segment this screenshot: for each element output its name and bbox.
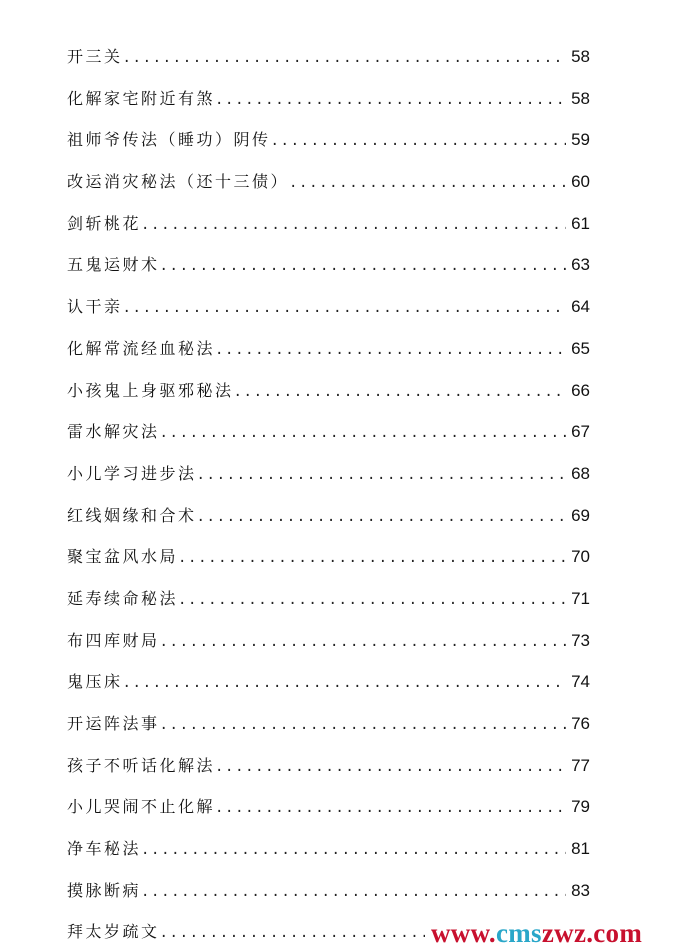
toc-dot-leader: ........................................… [215, 330, 566, 372]
toc-entry-title: 鬼压床 [67, 661, 123, 703]
toc-dot-leader: ........................................… [178, 538, 566, 580]
toc-entry-page-number: 83 [566, 870, 590, 912]
toc-entry-page-number: 59 [566, 119, 590, 161]
toc-entry-page-number: 70 [566, 536, 590, 578]
toc-entry[interactable]: 改运消灾秘法（还十三债）............................… [67, 161, 590, 203]
toc-entry[interactable]: 聚宝盆风水局..................................… [67, 536, 590, 578]
toc-entry-title: 红线姻缘和合术 [67, 495, 197, 537]
toc-entry[interactable]: 小孩鬼上身驱邪秘法...............................… [67, 370, 590, 412]
toc-dot-leader: ........................................… [289, 163, 566, 205]
toc-entry-page-number: 71 [566, 578, 590, 620]
toc-dot-leader: ........................................… [197, 455, 566, 497]
toc-entry[interactable]: 鬼压床.....................................… [67, 661, 590, 703]
site-watermark: www.cmszwz.com [425, 918, 646, 948]
toc-dot-leader: ........................................… [178, 580, 566, 622]
toc-entry[interactable]: 小儿哭闹不止化解................................… [67, 786, 590, 828]
toc-entry-title: 延寿续命秘法 [67, 578, 178, 620]
toc-dot-leader: ........................................… [141, 872, 566, 914]
toc-entry-page-number: 76 [566, 703, 590, 745]
toc-entry-title: 改运消灾秘法（还十三债） [67, 161, 289, 203]
toc-dot-leader: ........................................… [123, 38, 566, 80]
toc-entry[interactable]: 雷水解灾法...................................… [67, 411, 590, 453]
toc-dot-leader: ........................................… [160, 705, 566, 747]
toc-entry-page-number: 81 [566, 828, 590, 870]
toc-dot-leader: ........................................… [160, 246, 566, 288]
toc-entry-title: 雷水解灾法 [67, 411, 160, 453]
toc-entry[interactable]: 剑斩桃花....................................… [67, 203, 590, 245]
toc-entry-title: 化解常流经血秘法 [67, 328, 215, 370]
toc-entry[interactable]: 红线姻缘和合术.................................… [67, 495, 590, 537]
toc-entry-page-number: 79 [566, 786, 590, 828]
toc-entry-page-number: 61 [566, 203, 590, 245]
toc-entry[interactable]: 祖师爷传法（睡功）阴传.............................… [67, 119, 590, 161]
toc-entry[interactable]: 延寿续命秘法..................................… [67, 578, 590, 620]
toc-entry[interactable]: 开运阵法事...................................… [67, 703, 590, 745]
toc-entry-page-number: 74 [566, 661, 590, 703]
toc-entry-title: 拜太岁疏文 [67, 911, 160, 951]
watermark-prefix: www. [431, 918, 496, 948]
toc-entry-page-number: 60 [566, 161, 590, 203]
toc-dot-leader: ........................................… [215, 788, 566, 830]
toc-entry-title: 开三关 [67, 36, 123, 78]
toc-dot-leader: ........................................… [123, 288, 566, 330]
toc-entry[interactable]: 布四库财局...................................… [67, 620, 590, 662]
toc-entry-title: 祖师爷传法（睡功）阴传 [67, 119, 271, 161]
toc-entry-title: 开运阵法事 [67, 703, 160, 745]
toc-entry-title: 剑斩桃花 [67, 203, 141, 245]
toc-entry-page-number: 69 [566, 495, 590, 537]
toc-entry-title: 小孩鬼上身驱邪秘法 [67, 370, 234, 412]
toc-entry-title: 布四库财局 [67, 620, 160, 662]
watermark-middle: cms [496, 918, 542, 948]
toc-entry-page-number: 58 [566, 78, 590, 120]
toc-dot-leader: ........................................… [160, 413, 566, 455]
toc-entry-page-number: 58 [566, 36, 590, 78]
toc-entry-page-number: 65 [566, 328, 590, 370]
toc-entry[interactable]: 摸脉断病....................................… [67, 870, 590, 912]
toc-entry-title: 孩子不听话化解法 [67, 745, 215, 787]
toc-entry[interactable]: 认干亲.....................................… [67, 286, 590, 328]
toc-entry-page-number: 64 [566, 286, 590, 328]
toc-dot-leader: ........................................… [215, 80, 566, 122]
toc-entry-page-number: 73 [566, 620, 590, 662]
table-of-contents: 开三关.....................................… [67, 36, 590, 951]
toc-dot-leader: ........................................… [141, 830, 566, 872]
toc-entry-page-number: 77 [566, 745, 590, 787]
toc-entry-title: 聚宝盆风水局 [67, 536, 178, 578]
watermark-suffix: zwz.com [542, 918, 642, 948]
toc-dot-leader: ........................................… [271, 121, 566, 163]
toc-entry-page-number: 68 [566, 453, 590, 495]
toc-entry[interactable]: 化解家宅附近有煞................................… [67, 78, 590, 120]
toc-entry-title: 净车秘法 [67, 828, 141, 870]
toc-entry-page-number: 66 [566, 370, 590, 412]
toc-entry-page-number: 67 [566, 411, 590, 453]
toc-entry-title: 五鬼运财术 [67, 244, 160, 286]
toc-entry-page-number: 63 [566, 244, 590, 286]
toc-entry-title: 化解家宅附近有煞 [67, 78, 215, 120]
toc-dot-leader: ........................................… [141, 205, 566, 247]
toc-entry-title: 摸脉断病 [67, 870, 141, 912]
toc-entry[interactable]: 小儿学习进步法.................................… [67, 453, 590, 495]
toc-dot-leader: ........................................… [197, 497, 566, 539]
toc-entry[interactable]: 五鬼运财术...................................… [67, 244, 590, 286]
toc-dot-leader: ........................................… [234, 372, 566, 414]
toc-dot-leader: ........................................… [160, 622, 566, 664]
toc-entry-title: 认干亲 [67, 286, 123, 328]
toc-entry-title: 小儿哭闹不止化解 [67, 786, 215, 828]
toc-entry[interactable]: 净车秘法....................................… [67, 828, 590, 870]
toc-dot-leader: ........................................… [215, 747, 566, 789]
toc-dot-leader: ........................................… [123, 663, 566, 705]
toc-entry[interactable]: 开三关.....................................… [67, 36, 590, 78]
toc-entry[interactable]: 孩子不听话化解法................................… [67, 745, 590, 787]
toc-entry[interactable]: 化解常流经血秘法................................… [67, 328, 590, 370]
toc-entry-title: 小儿学习进步法 [67, 453, 197, 495]
